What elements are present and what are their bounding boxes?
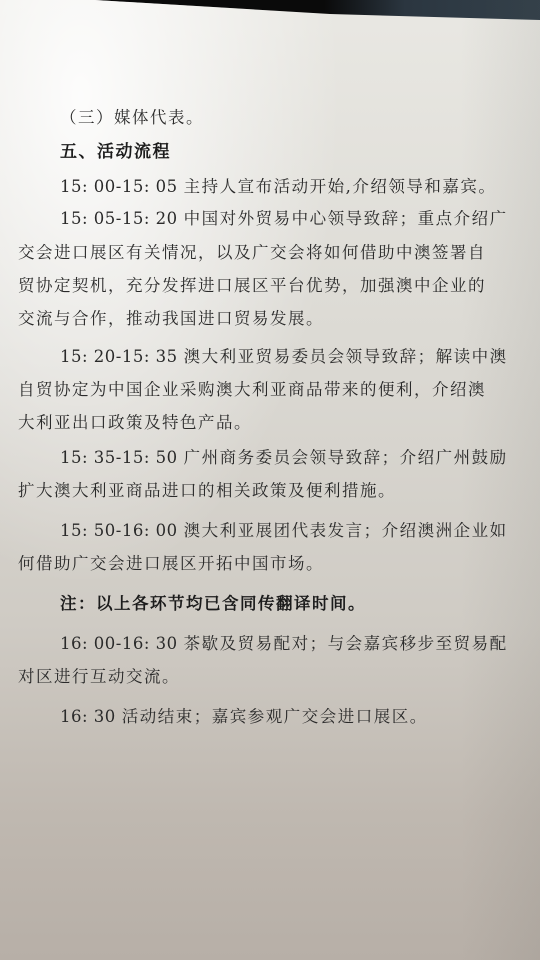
schedule-text-cont: 何借助广交会进口展区开拓中国市场。	[18, 550, 324, 574]
schedule-item-5: 15: 50-16: 00澳大利亚展团代表发言；介绍澳洲企业如	[60, 517, 508, 541]
note: 注：以上各环节均已含同传翻译时间。	[60, 590, 366, 614]
schedule-time: 15: 35-15: 50	[60, 448, 178, 467]
schedule-item-6: 16: 00-16: 30茶歇及贸易配对；与会嘉宾移步至贸易配	[60, 630, 508, 654]
schedule-time: 15: 00-15: 05	[60, 177, 178, 196]
schedule-text: 中国对外贸易中心领导致辞；重点介绍广	[184, 209, 508, 228]
schedule-time: 16: 30	[60, 707, 116, 726]
section-heading: 五、活动流程	[60, 137, 171, 162]
schedule-text: 广州商务委员会领导致辞；介绍广州鼓励	[184, 448, 508, 467]
schedule-text: 茶歇及贸易配对；与会嘉宾移步至贸易配	[184, 634, 508, 653]
schedule-text-cont: 交会进口展区有关情况，以及广交会将如何借助中澳签署自	[18, 239, 486, 263]
schedule-time: 15: 20-15: 35	[60, 347, 178, 366]
schedule-text-cont: 贸协定契机，充分发挥进口展区平台优势，加强澳中企业的	[18, 272, 486, 296]
schedule-item-7: 16: 30活动结束；嘉宾参观广交会进口展区。	[60, 703, 428, 727]
schedule-text-cont: 交流与合作，推动我国进口贸易发展。	[18, 305, 324, 329]
schedule-text: 澳大利亚贸易委员会领导致辞；解读中澳	[184, 347, 508, 366]
schedule-time: 15: 50-16: 00	[60, 521, 178, 540]
schedule-item-3: 15: 20-15: 35澳大利亚贸易委员会领导致辞；解读中澳	[60, 343, 508, 367]
schedule-item-2: 15: 05-15: 20中国对外贸易中心领导致辞；重点介绍广	[60, 205, 508, 229]
schedule-text-cont: 扩大澳大利亚商品进口的相关政策及便利措施。	[18, 477, 396, 501]
schedule-text: 主持人宣布活动开始,介绍领导和嘉宾。	[184, 177, 497, 196]
schedule-text: 活动结束；嘉宾参观广交会进口展区。	[122, 707, 428, 726]
schedule-text-cont: 大利亚出口政策及特色产品。	[18, 409, 252, 433]
section-item: （三）媒体代表。	[60, 104, 204, 128]
schedule-time: 16: 00-16: 30	[60, 634, 178, 653]
schedule-time: 15: 05-15: 20	[60, 209, 178, 228]
schedule-text: 澳大利亚展团代表发言；介绍澳洲企业如	[184, 521, 508, 540]
document-body: （三）媒体代表。 五、活动流程 15: 00-15: 05主持人宣布活动开始,介…	[0, 0, 540, 960]
schedule-text-cont: 对区进行互动交流。	[18, 663, 180, 687]
schedule-text-cont: 自贸协定为中国企业采购澳大利亚商品带来的便利，介绍澳	[18, 376, 486, 400]
schedule-item-4: 15: 35-15: 50广州商务委员会领导致辞；介绍广州鼓励	[60, 444, 508, 468]
schedule-item-1: 15: 00-15: 05主持人宣布活动开始,介绍领导和嘉宾。	[60, 173, 496, 197]
